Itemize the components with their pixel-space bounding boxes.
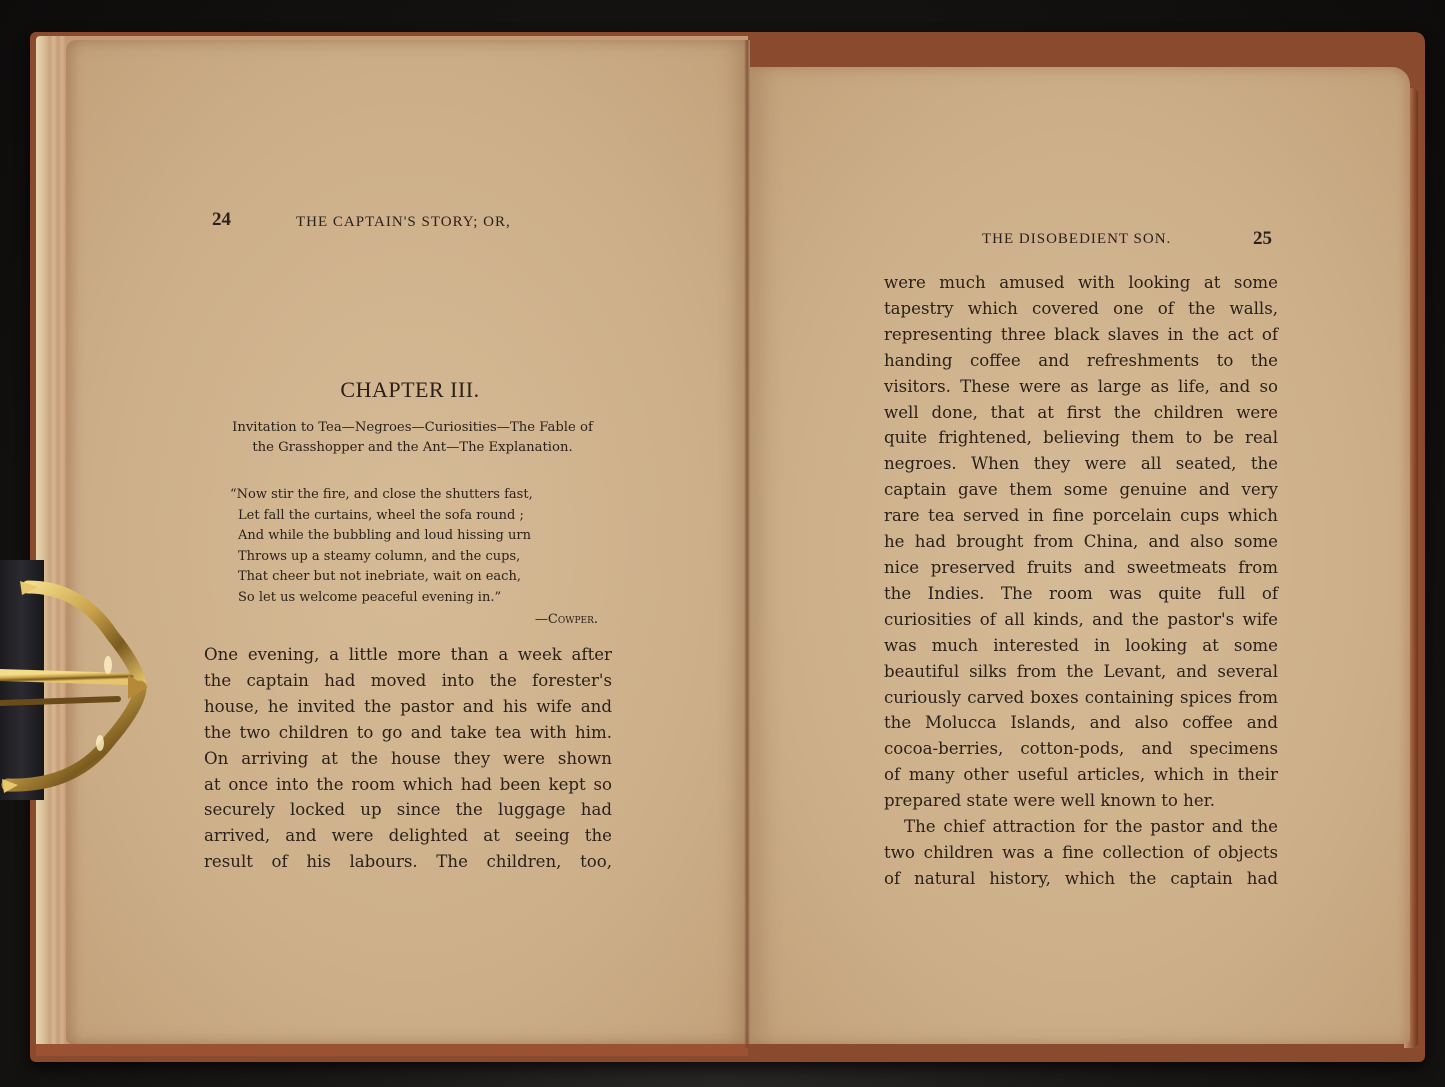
body-line: the captain had moved into the forester'… [204,668,612,694]
body-line: of many other useful articles, which in … [884,762,1278,788]
body-line: house, he invited the pastor and his wif… [204,694,612,720]
epigraph-line: So let us welcome peaceful evening in.” [238,588,608,609]
body-line: curiously carved boxes containing spices… [884,685,1278,711]
chapter-title: CHAPTER III. [200,377,620,403]
body-line: was much interested in looking at some [884,633,1278,659]
body-line: the Indies. The room was quite full of [884,581,1278,607]
body-line: One evening, a little more than a week a… [204,642,612,668]
chapter-summary: Invitation to Tea—Negroes—Curiosities—Th… [205,418,620,458]
body-line: the two children to go and take tea with… [204,720,612,746]
body-line: result of his labours. The children, too… [204,849,612,875]
right-page-body: were much amused with looking at some ta… [884,270,1278,892]
body-line: cocoa-berries, cotton-pods, and specimen… [884,736,1278,762]
body-line: prepared state were well known to her. [884,788,1278,814]
body-line: rare tea served in fine porcelain cups w… [884,503,1278,529]
chapter-summary-line: the Grasshopper and the Ant—The Explanat… [205,438,620,458]
left-page-body: One evening, a little more than a week a… [204,642,612,875]
body-line: visitors. These were as large as life, a… [884,374,1278,400]
body-line: the Molucca Islands, and also coffee and [884,710,1278,736]
epigraph-line: That cheer but not inebriate, wait on ea… [238,567,608,588]
left-page-number: 24 [212,209,231,231]
body-line: at once into the room which had been kep… [204,772,612,798]
body-line: captain gave them some genuine and very [884,477,1278,503]
body-line: were much amused with looking at some [884,270,1278,296]
body-line: beautiful silks from the Levant, and sev… [884,659,1278,685]
epigraph-line: And while the bubbling and loud hissing … [238,526,608,547]
body-line: On arriving at the house they were shown [204,746,612,772]
book-bottom-edge [36,1044,748,1056]
body-line: of natural history, which the captain ha… [884,866,1278,892]
right-running-head: THE DISOBEDIENT SON. [982,231,1171,248]
body-line: handing coffee and refreshments to the [884,348,1278,374]
epigraph-line: Let fall the curtains, wheel the sofa ro… [238,506,608,527]
body-line: he had brought from China, and also some [884,529,1278,555]
body-line: The chief attraction for the pastor and … [884,814,1278,840]
right-page-number: 25 [1253,228,1272,250]
epigraph-line: “Now stir the fire, and close the shutte… [238,485,608,506]
epigraph-attribution: —Cowper. [420,612,598,627]
body-line: two children was a fine collection of ob… [884,840,1278,866]
body-line: negroes. When they were all seated, the [884,451,1278,477]
body-line: securely locked up since the luggage had [204,797,612,823]
anchor-icon [0,575,160,800]
body-line: representing three black slaves in the a… [884,322,1278,348]
body-line: well done, that at first the children we… [884,400,1278,426]
chapter-summary-line: Invitation to Tea—Negroes—Curiosities—Th… [205,418,620,438]
anchor-bookmark[interactable] [0,575,160,800]
body-line: nice preserved fruits and sweetmeats fro… [884,555,1278,581]
body-line: tapestry which covered one of the walls, [884,296,1278,322]
body-line: quite frightened, believing them to be r… [884,425,1278,451]
epigraph-line: Throws up a steamy column, and the cups, [238,547,608,568]
left-running-head: THE CAPTAIN'S STORY; OR, [296,214,511,231]
body-line: arrived, and were delighted at seeing th… [204,823,612,849]
body-line: curiosities of all kinds, and the pastor… [884,607,1278,633]
epigraph: “Now stir the fire, and close the shutte… [238,485,608,609]
